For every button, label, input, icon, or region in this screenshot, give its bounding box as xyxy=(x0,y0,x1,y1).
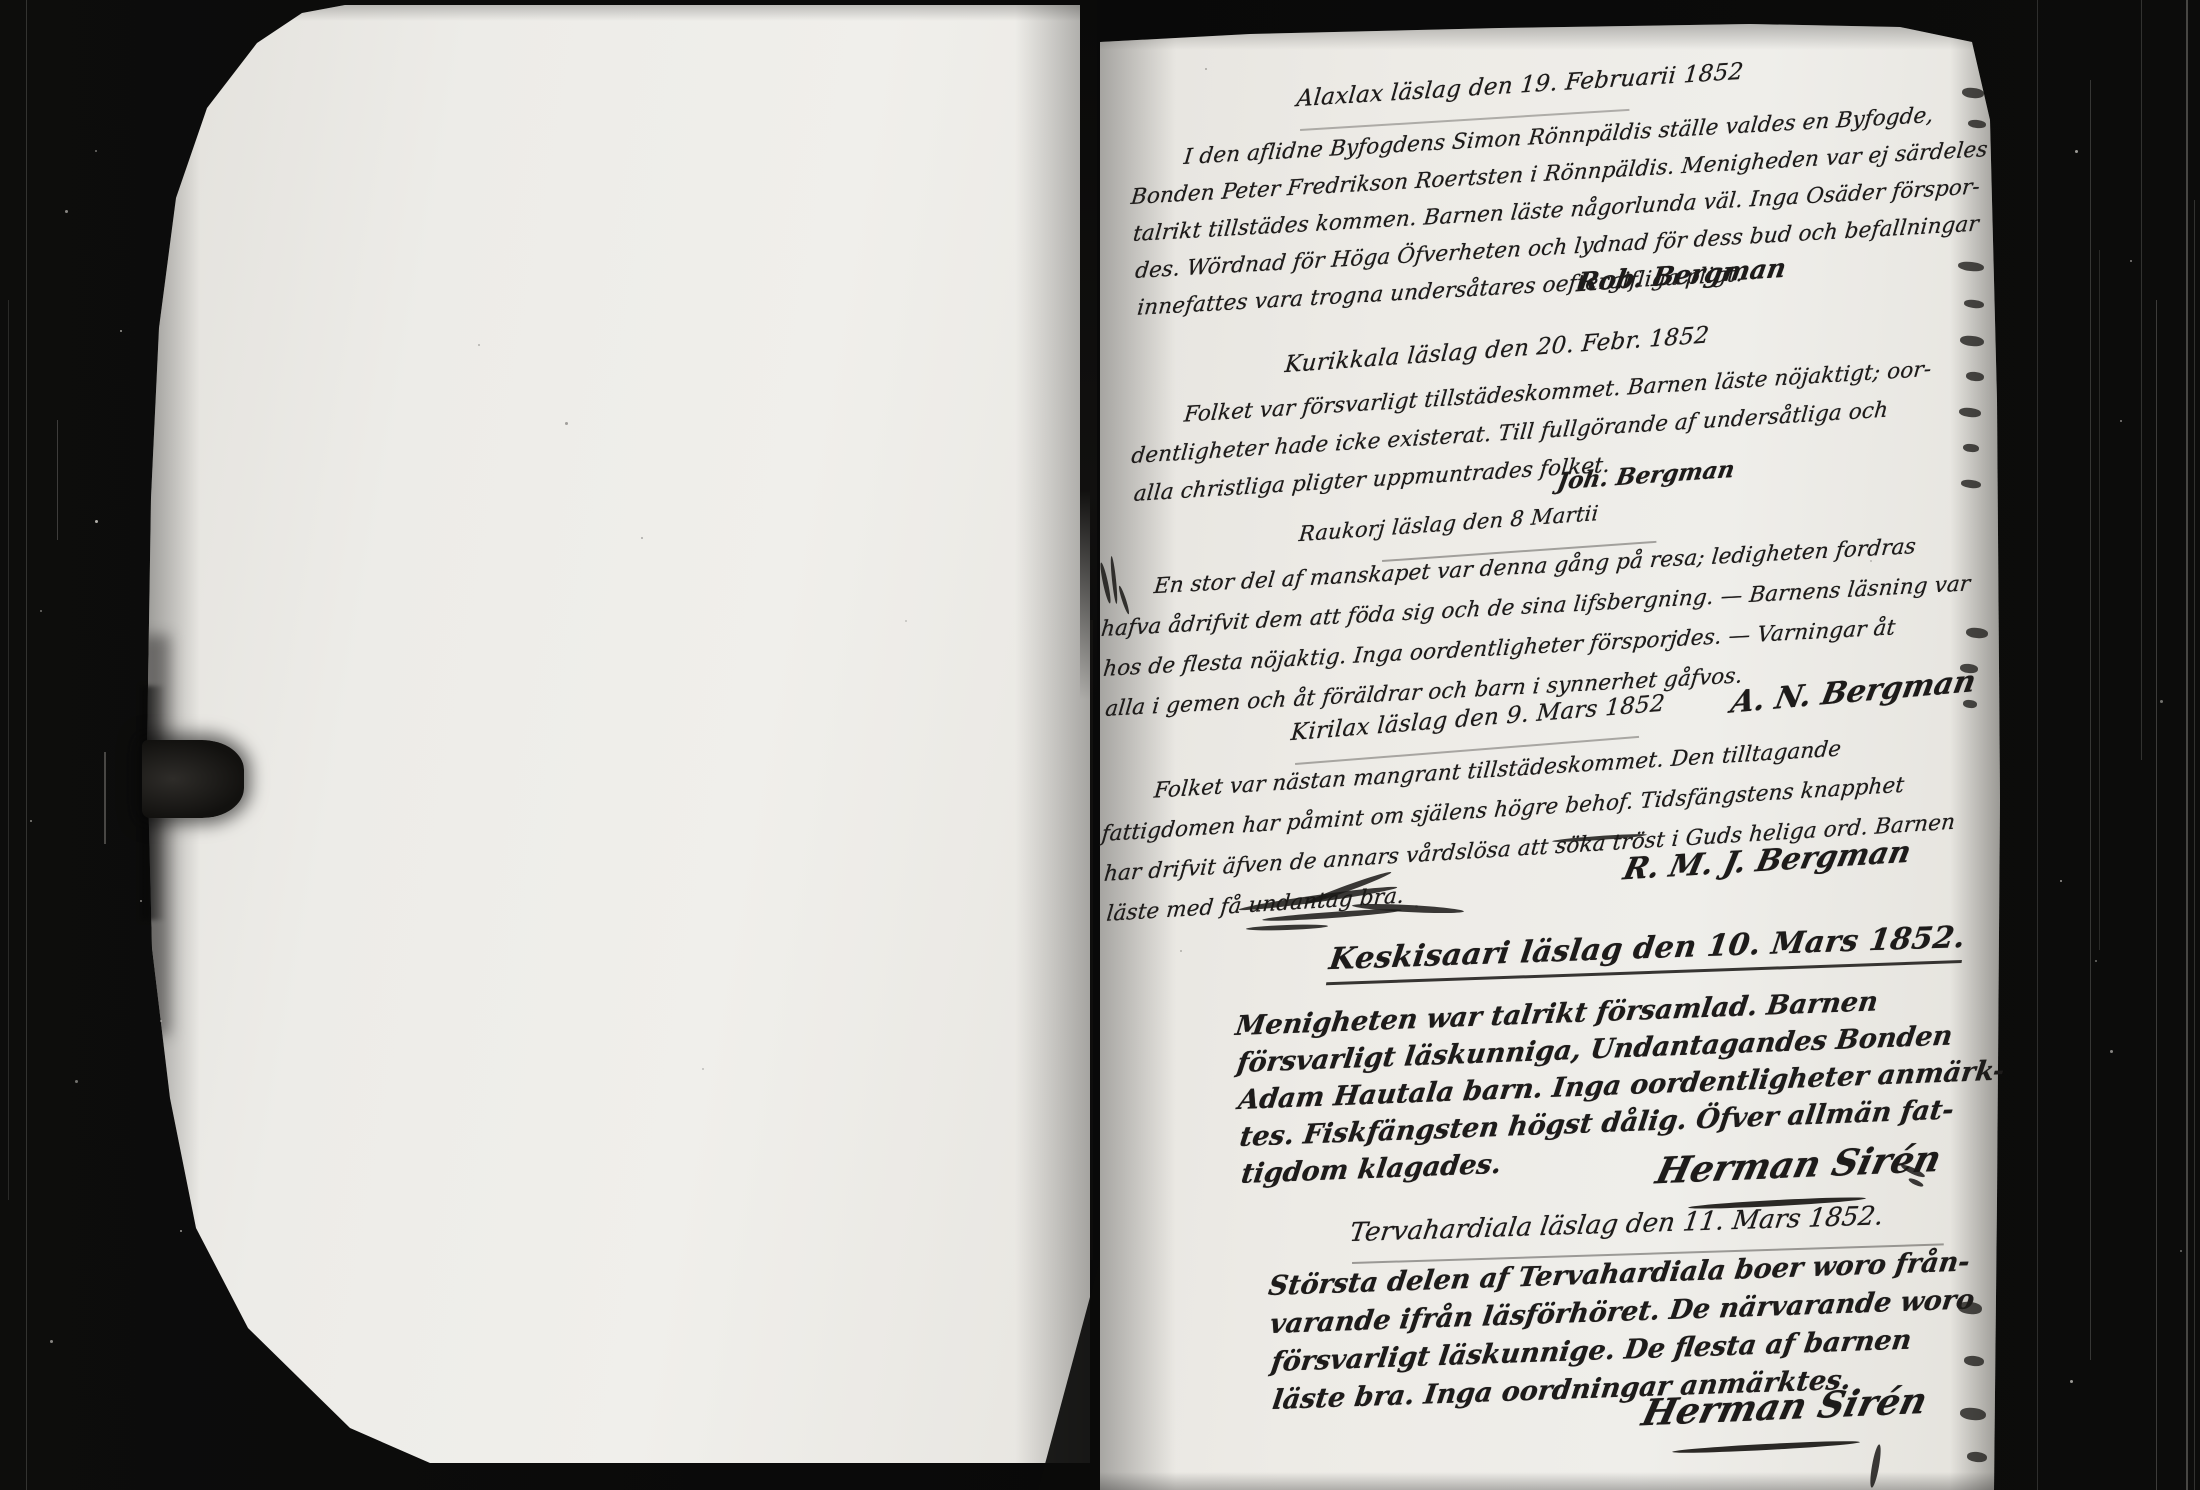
dust-speck xyxy=(120,330,122,332)
scratch-line xyxy=(2156,300,2157,1490)
dust-speck xyxy=(40,610,42,612)
dust-speck xyxy=(180,1230,182,1232)
book-clasp xyxy=(142,740,244,818)
scratch-line xyxy=(2099,250,2100,950)
dust-speck xyxy=(2070,1380,2073,1383)
scratch-line xyxy=(104,752,106,844)
dust-speck xyxy=(2160,700,2163,703)
dust-speck xyxy=(2095,960,2097,962)
left-page-spine-shading xyxy=(1015,5,1090,1463)
dust-speck xyxy=(75,1080,78,1083)
dust-speck xyxy=(2060,880,2062,882)
dust-speck xyxy=(2180,1250,2182,1252)
dust-speck xyxy=(50,1340,53,1343)
dust-speck xyxy=(95,150,97,152)
right-page-bottom-shading xyxy=(1098,1472,2000,1490)
scratch-line xyxy=(2194,200,2195,1490)
dust-speck xyxy=(2110,1050,2113,1053)
book-scan: Alaxlax läslag den 19. Februarii 1852 I … xyxy=(0,0,2200,1490)
scratch-line xyxy=(2037,0,2038,1490)
dust-speck xyxy=(65,210,68,213)
dust-speck xyxy=(2130,260,2132,262)
book-spine-shadow xyxy=(1080,0,1097,700)
left-page-top-shading xyxy=(140,5,1090,21)
dust-speck xyxy=(30,820,32,822)
dust-speck xyxy=(2120,420,2122,422)
scratch-line xyxy=(2090,80,2091,1360)
scratch-line xyxy=(2141,0,2142,760)
dust-speck xyxy=(2075,150,2078,153)
dust-speck xyxy=(95,520,98,523)
scratch-line xyxy=(57,420,58,540)
scratch-line xyxy=(26,0,27,1490)
scratch-line xyxy=(8,300,9,1200)
scratch-line xyxy=(2186,0,2188,1490)
left-page-blank xyxy=(140,5,1090,1463)
book-spine-crease xyxy=(1090,620,1093,1260)
right-page-top-shading xyxy=(1098,20,2000,50)
